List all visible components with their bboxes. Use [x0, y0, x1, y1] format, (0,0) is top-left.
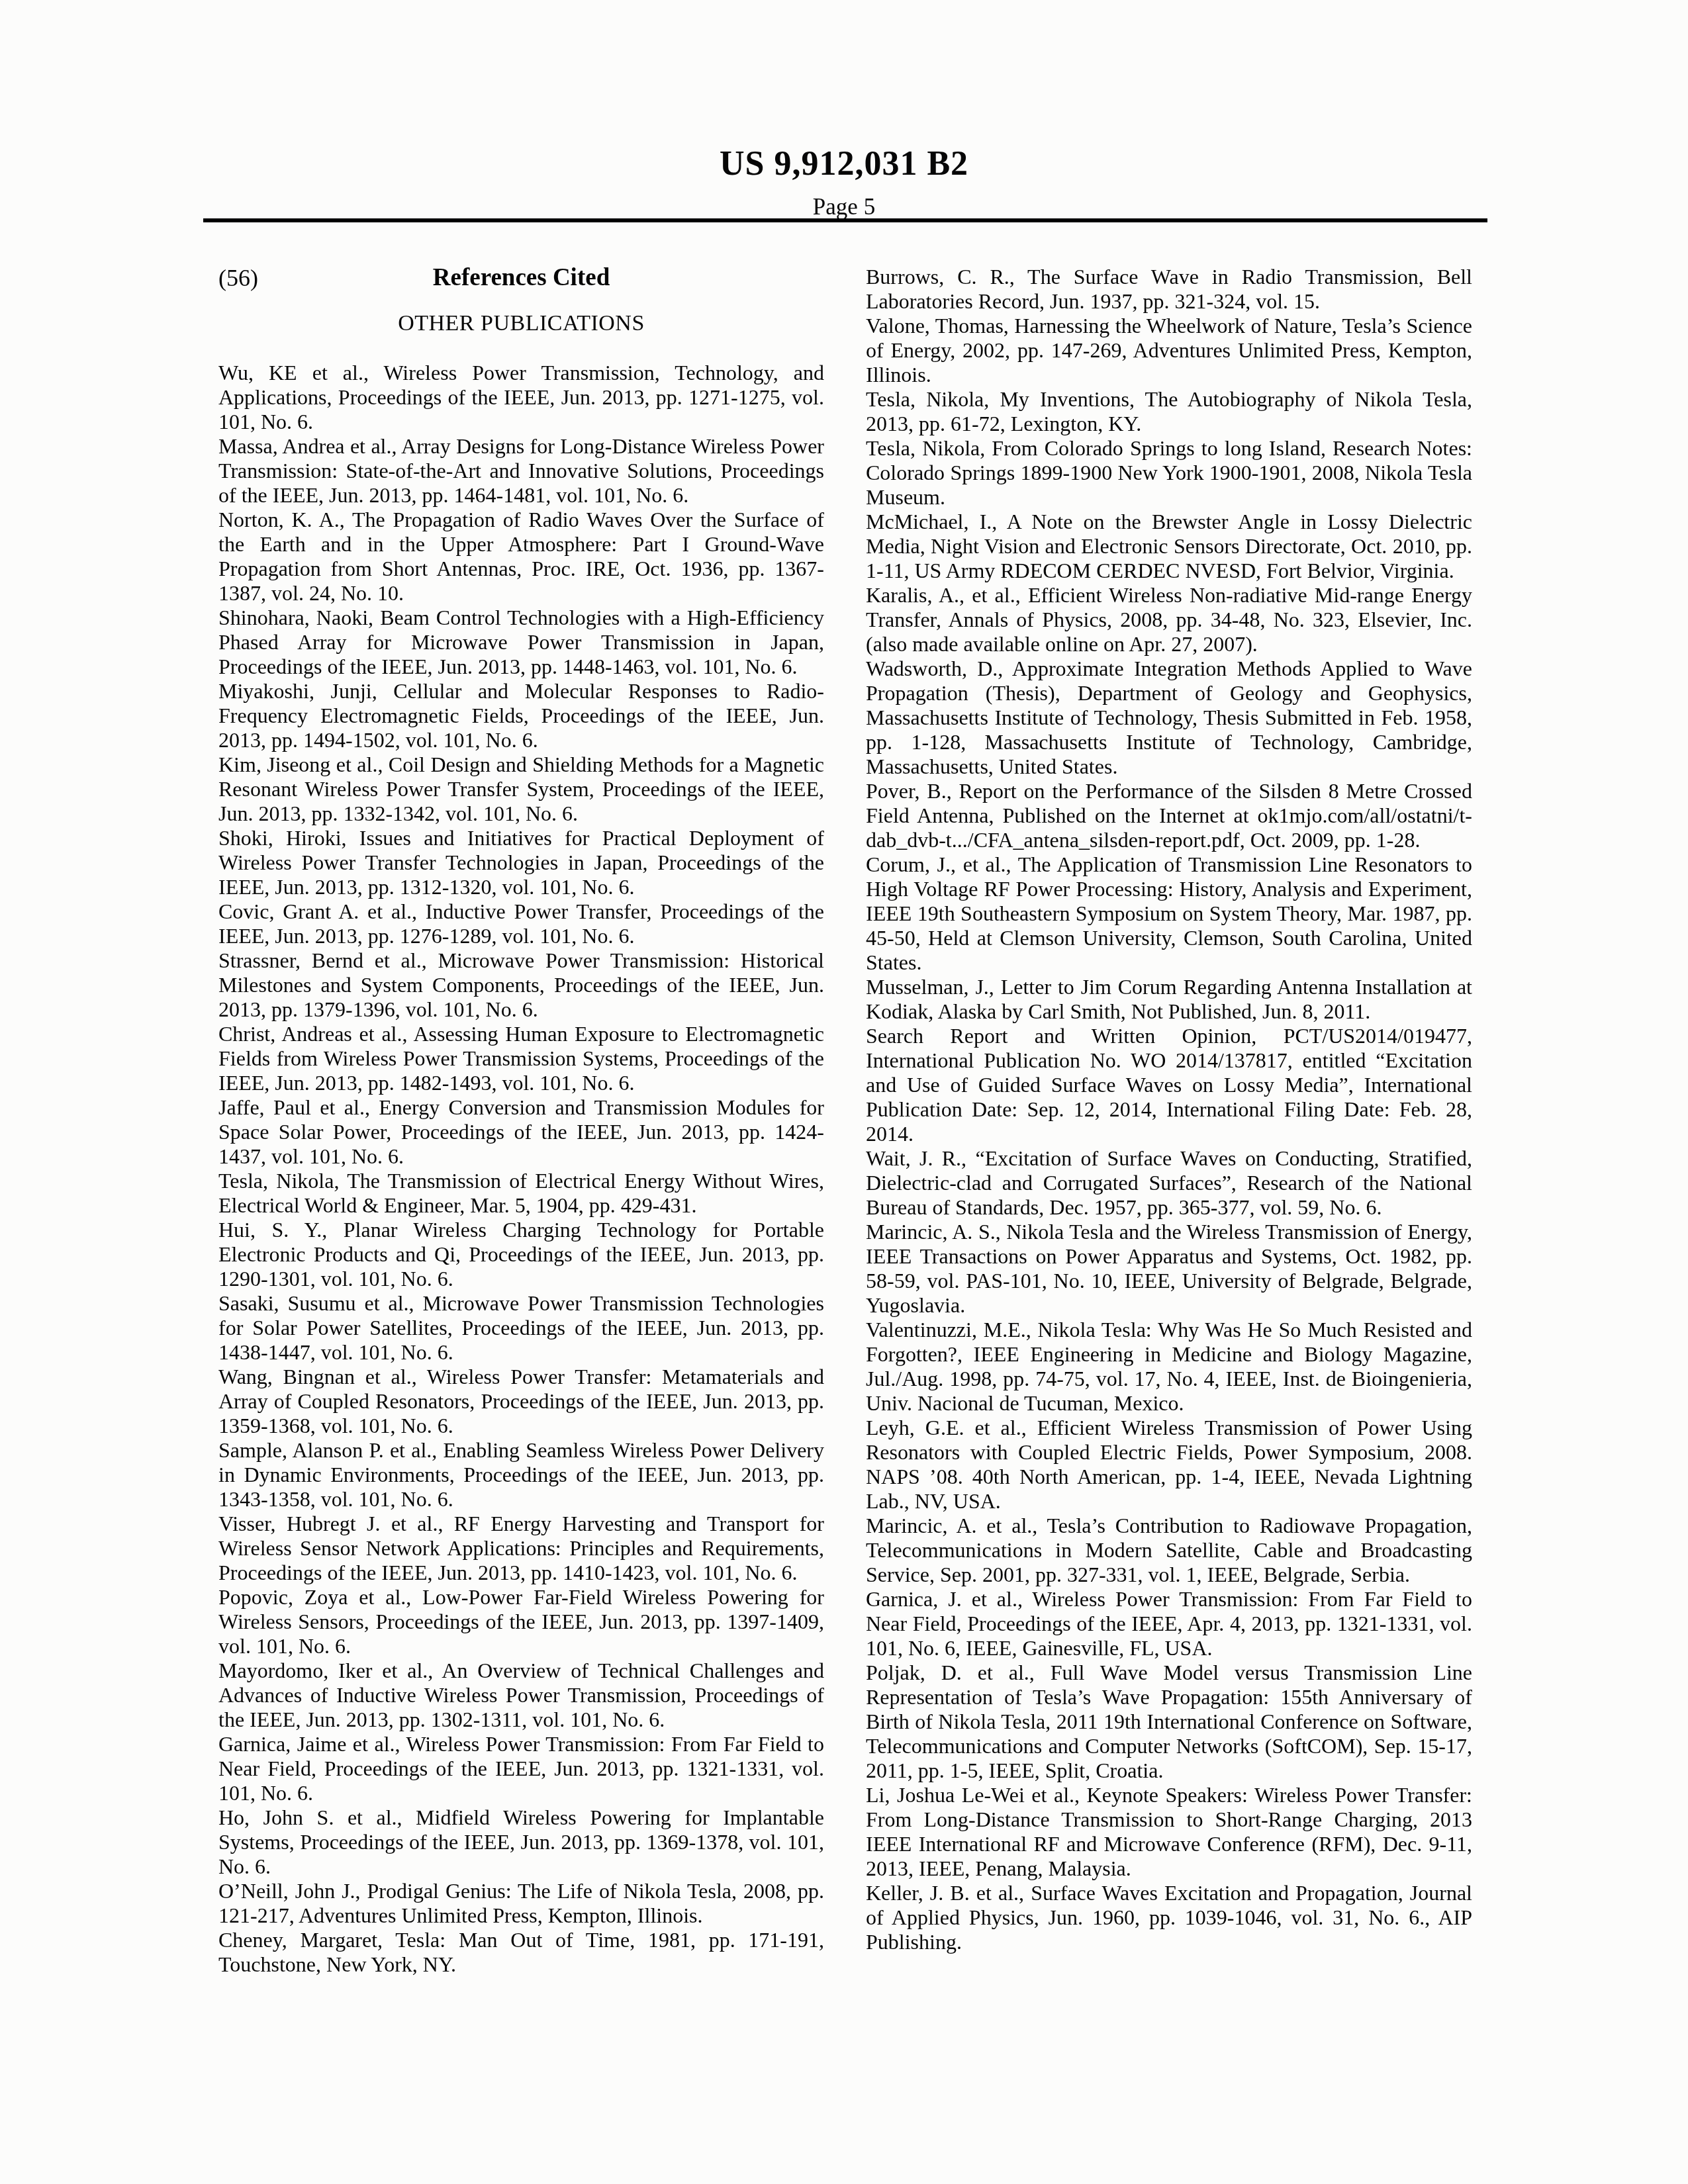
reference-item: Massa, Andrea et al., Array Designs for … — [218, 434, 824, 508]
reference-item: Garnica, Jaime et al., Wireless Power Tr… — [218, 1732, 824, 1805]
reference-item: Tesla, Nikola, My Inventions, The Autobi… — [866, 387, 1472, 436]
reference-item: Wu, KE et al., Wireless Power Transmissi… — [218, 361, 824, 434]
reference-item: Marincic, A. et al., Tesla’s Contributio… — [866, 1514, 1472, 1587]
reference-item: Valentinuzzi, M.E., Nikola Tesla: Why Wa… — [866, 1318, 1472, 1416]
left-column: (56) References Cited OTHER PUBLICATIONS… — [218, 265, 824, 1977]
reference-item: Cheney, Margaret, Tesla: Man Out of Time… — [218, 1928, 824, 1977]
references-heading-row: (56) References Cited — [218, 265, 824, 291]
reference-item: Keller, J. B. et al., Surface Waves Exci… — [866, 1881, 1472, 1954]
patent-number: US 9,912,031 B2 — [0, 144, 1688, 183]
reference-item: Kim, Jiseong et al., Coil Design and Shi… — [218, 752, 824, 826]
reference-item: Leyh, G.E. et al., Efficient Wireless Tr… — [866, 1416, 1472, 1514]
section-number: (56) — [218, 265, 258, 291]
reference-item: Christ, Andreas et al., Assessing Human … — [218, 1022, 824, 1095]
right-column: Burrows, C. R., The Surface Wave in Radi… — [866, 265, 1472, 1954]
reference-item: Ho, John S. et al., Midfield Wireless Po… — [218, 1805, 824, 1879]
reference-item: Shinohara, Naoki, Beam Control Technolog… — [218, 606, 824, 679]
reference-item: Li, Joshua Le-Wei et al., Keynote Speake… — [866, 1783, 1472, 1881]
references-list-left: Wu, KE et al., Wireless Power Transmissi… — [218, 361, 824, 1977]
reference-item: Visser, Hubregt J. et al., RF Energy Har… — [218, 1512, 824, 1585]
reference-item: Karalis, A., et al., Efficient Wireless … — [866, 583, 1472, 657]
reference-item: Hui, S. Y., Planar Wireless Charging Tec… — [218, 1218, 824, 1291]
reference-item: Sasaki, Susumu et al., Microwave Power T… — [218, 1291, 824, 1365]
references-cited-title: References Cited — [433, 264, 610, 291]
reference-item: Marincic, A. S., Nikola Tesla and the Wi… — [866, 1220, 1472, 1318]
other-publications-title: OTHER PUBLICATIONS — [218, 311, 824, 336]
reference-item: Wait, J. R., “Excitation of Surface Wave… — [866, 1146, 1472, 1220]
reference-item: Wang, Bingnan et al., Wireless Power Tra… — [218, 1365, 824, 1438]
reference-item: Strassner, Bernd et al., Microwave Power… — [218, 948, 824, 1022]
reference-item: Corum, J., et al., The Application of Tr… — [866, 852, 1472, 975]
header-rule — [203, 218, 1487, 222]
patent-page: US 9,912,031 B2 Page 5 (56) References C… — [0, 0, 1688, 2184]
references-list-right: Burrows, C. R., The Surface Wave in Radi… — [866, 265, 1472, 1954]
page-header: US 9,912,031 B2 Page 5 — [0, 144, 1688, 220]
reference-item: Miyakoshi, Junji, Cellular and Molecular… — [218, 679, 824, 752]
reference-item: Sample, Alanson P. et al., Enabling Seam… — [218, 1438, 824, 1512]
reference-item: Tesla, Nikola, From Colorado Springs to … — [866, 436, 1472, 510]
reference-item: Tesla, Nikola, The Transmission of Elect… — [218, 1169, 824, 1218]
reference-item: Popovic, Zoya et al., Low-Power Far-Fiel… — [218, 1585, 824, 1659]
reference-item: Mayordomo, Iker et al., An Overview of T… — [218, 1659, 824, 1732]
reference-item: Jaffe, Paul et al., Energy Conversion an… — [218, 1095, 824, 1169]
page-number-label: Page 5 — [0, 194, 1688, 220]
reference-item: Norton, K. A., The Propagation of Radio … — [218, 508, 824, 606]
reference-item: Pover, B., Report on the Performance of … — [866, 779, 1472, 852]
reference-item: Wadsworth, D., Approximate Integration M… — [866, 657, 1472, 779]
reference-item: McMichael, I., A Note on the Brewster An… — [866, 510, 1472, 583]
reference-item: Musselman, J., Letter to Jim Corum Regar… — [866, 975, 1472, 1024]
reference-item: Shoki, Hiroki, Issues and Initiatives fo… — [218, 826, 824, 899]
reference-item: Valone, Thomas, Harnessing the Wheelwork… — [866, 314, 1472, 387]
reference-item: Poljak, D. et al., Full Wave Model versu… — [866, 1661, 1472, 1783]
reference-item: Garnica, J. et al., Wireless Power Trans… — [866, 1587, 1472, 1661]
reference-item: Covic, Grant A. et al., Inductive Power … — [218, 899, 824, 948]
reference-item: Search Report and Written Opinion, PCT/U… — [866, 1024, 1472, 1146]
reference-item: Burrows, C. R., The Surface Wave in Radi… — [866, 265, 1472, 314]
reference-item: O’Neill, John J., Prodigal Genius: The L… — [218, 1879, 824, 1928]
